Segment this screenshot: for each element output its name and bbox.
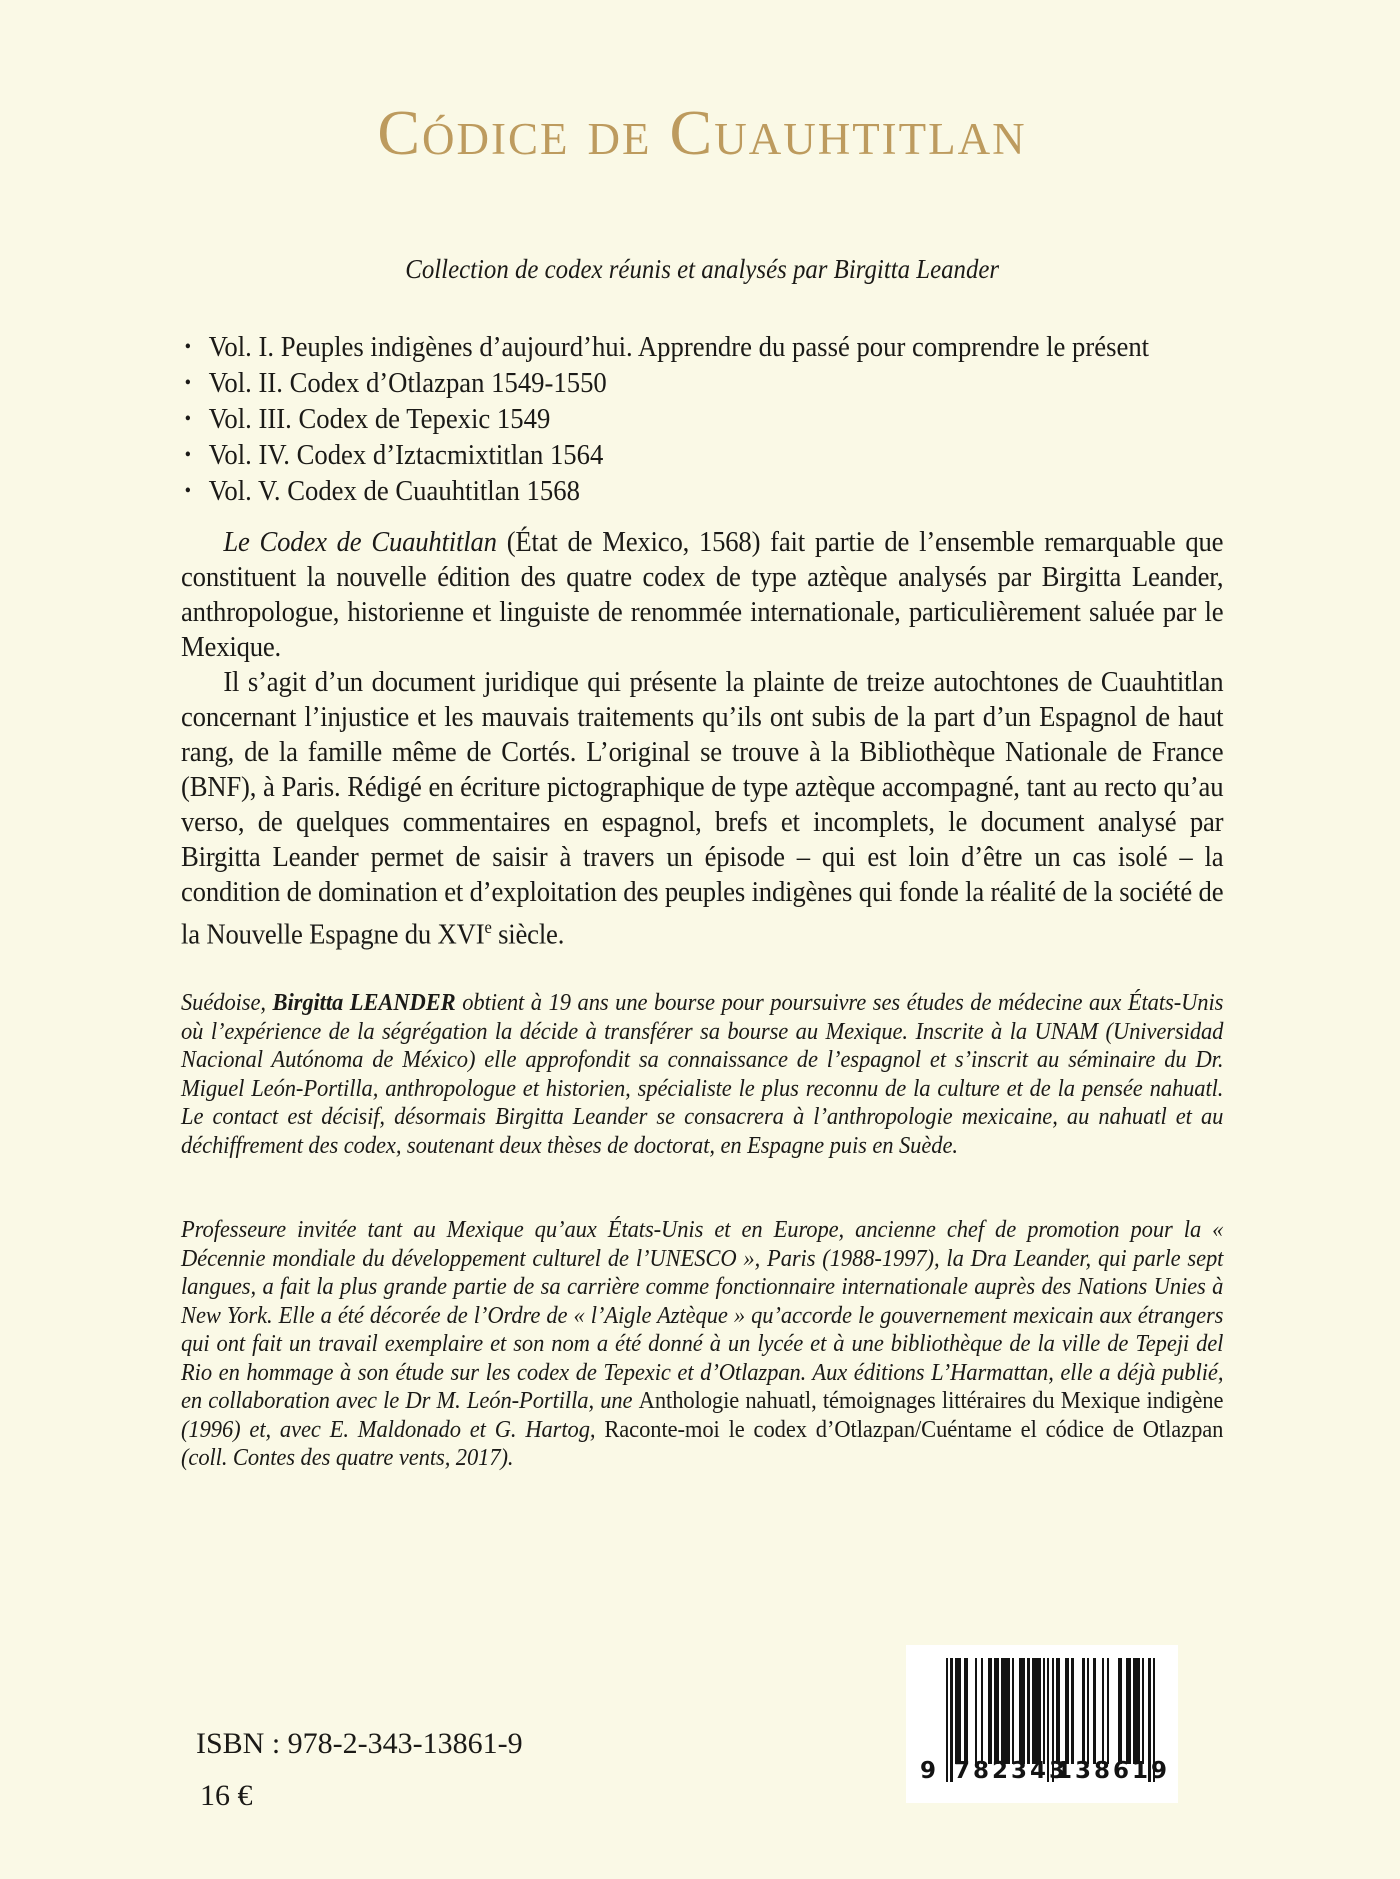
volume-list: • Vol. I. Peuples indigènes d’aujourd’hu… <box>181 329 1223 509</box>
barcode-digits-right: 138619 <box>1056 1758 1148 1784</box>
text-column: Códice de Cuauhtitlan Collection de code… <box>181 0 1223 1473</box>
barcode-digit-lead: 9 <box>920 1758 936 1784</box>
volume-item: • Vol. II. Codex d’Otlazpan 1549-1550 <box>181 365 1223 401</box>
volume-label: Vol. I. Peuples indigènes d’aujourd’hui.… <box>209 329 1224 365</box>
bio-paragraph: Suédoise, Birgitta LEANDER obtient à 19 … <box>181 989 1223 1160</box>
volume-label: Vol. II. Codex d’Otlazpan 1549-1550 <box>209 365 1224 401</box>
volume-item: • Vol. V. Codex de Cuauhtitlan 1568 <box>181 473 1223 509</box>
bullet-icon: • <box>181 329 209 365</box>
bullet-icon: • <box>181 437 209 473</box>
text-block: Collection de codex réunis et analysés p… <box>181 254 1223 1472</box>
volume-item: • Vol. I. Peuples indigènes d’aujourd’hu… <box>181 329 1223 365</box>
collection-line: Collection de codex réunis et analysés p… <box>181 254 1223 285</box>
bullet-icon: • <box>181 401 209 437</box>
isbn-text: ISBN : 978-2-343-13861-9 <box>196 1727 523 1761</box>
volume-item: • Vol. III. Codex de Tepexic 1549 <box>181 401 1223 437</box>
bullet-icon: • <box>181 365 209 401</box>
barcode-digits-left: 782343 <box>954 1758 1044 1784</box>
volume-label: Vol. IV. Codex d’Iztacmixtitlan 1564 <box>209 437 1224 473</box>
barcode: 9 782343 138619 <box>906 1645 1178 1803</box>
synopsis-paragraph: Le Codex de Cuauhtitlan (État de Mexico,… <box>181 525 1223 665</box>
volume-label: Vol. V. Codex de Cuauhtitlan 1568 <box>209 473 1224 509</box>
book-back-cover: Códice de Cuauhtitlan Collection de code… <box>0 0 1400 1879</box>
synopsis: Le Codex de Cuauhtitlan (État de Mexico,… <box>181 525 1223 953</box>
author-bio: Suédoise, Birgitta LEANDER obtient à 19 … <box>181 989 1223 1473</box>
bio-paragraph: Professeure invitée tant au Mexique qu’a… <box>181 1216 1223 1473</box>
bullet-icon: • <box>181 473 209 509</box>
synopsis-paragraph: Il s’agit d’un document juridique qui pr… <box>181 665 1223 953</box>
price-text: 16 € <box>200 1779 253 1813</box>
volume-item: • Vol. IV. Codex d’Iztacmixtitlan 1564 <box>181 437 1223 473</box>
volume-label: Vol. III. Codex de Tepexic 1549 <box>209 401 1224 437</box>
book-title: Códice de Cuauhtitlan <box>181 98 1223 168</box>
